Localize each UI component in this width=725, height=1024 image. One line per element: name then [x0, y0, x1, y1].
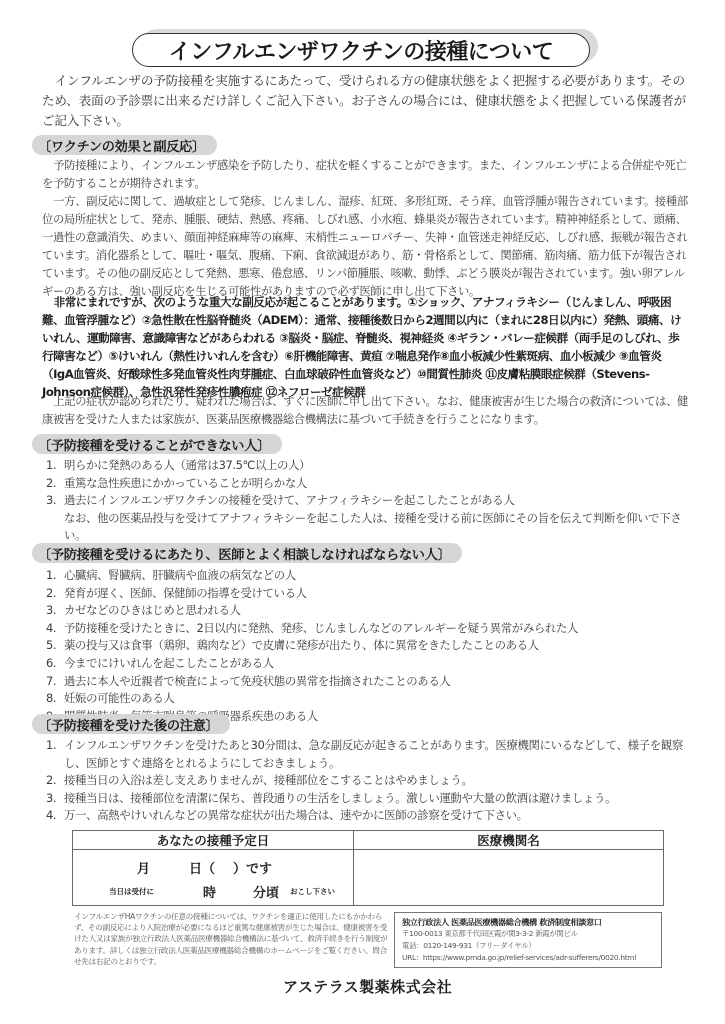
item-text: 予防接種を受けたときに、2日以内に発熱、発疹、じんましんなどのアレルギーを疑う異…: [64, 620, 686, 638]
appointment-date-header: あなたの接種予定日: [73, 831, 354, 850]
item-number: 8.: [46, 690, 64, 708]
contact-address: 〒100-0013 東京都千代田区霞が関3-3-2 新霞が関ビル: [402, 928, 656, 940]
note-text: なお、他の医薬品投与を受けてアナフィラキシーを起こした人は、接種を受ける前に医師…: [64, 510, 686, 545]
appointment-date-field[interactable]: 月 日（ ）です 当日は受付に 時 分頃 おこし下さい: [73, 850, 354, 905]
contact-title: 独立行政法人 医薬品医療機器総合機構 救済制度相談窓口: [402, 916, 656, 928]
list-item: 6.今までにけいれんを起こしたことがある人: [46, 655, 686, 673]
list-item: 2.接種当日の入浴は差し支えありませんが、接種部位をこすることはやめましょう。: [46, 772, 686, 790]
list-item: 5.薬の投与又は食事（鶏卵、鶏肉など）で皮膚に発疹が出たり、体に異常をきたしたこ…: [46, 637, 686, 655]
item-number: 2.: [46, 772, 64, 790]
item-text: 重篤な急性疾患にかかっていることが明らかな人: [64, 475, 686, 493]
list-item: 8.妊娠の可能性のある人: [46, 690, 686, 708]
list-item: 1.心臓病、腎臓病、肝臓病や血液の病気などの人: [46, 567, 686, 585]
contact-url[interactable]: URL：https://www.pmda.go.jp/relief-servic…: [402, 952, 656, 964]
item-text: 接種当日は、接種部位を清潔に保ち、普段通りの生活をしましょう。激しい運動や大量の…: [64, 790, 686, 808]
appointment-table: あなたの接種予定日 医療機関名 月 日（ ）です 当日は受付に 時 分頃 おこし…: [72, 830, 664, 906]
page-title: インフルエンザワクチンの接種について: [169, 35, 554, 66]
item-number: 2.: [46, 475, 64, 493]
title-pill: インフルエンザワクチンの接種について: [132, 33, 590, 67]
title-banner: インフルエンザワクチンの接種について: [132, 33, 594, 69]
list-item: 4.予防接種を受けたときに、2日以内に発熱、発疹、じんましんなどのアレルギーを疑…: [46, 620, 686, 638]
item-text: 今までにけいれんを起こしたことがある人: [64, 655, 686, 673]
list-item: 2.発育が遅く、医師、保健師の指導を受けている人: [46, 585, 686, 603]
item-number: 5.: [46, 637, 64, 655]
month-label: 月: [137, 858, 150, 877]
item-text: 過去に本人や近親者で検査によって免疫状態の異常を指摘されたことのある人: [64, 673, 686, 691]
item-text: 明らかに発熱のある人（通常は37.5℃以上の人）: [64, 457, 686, 475]
list-item: 2.重篤な急性疾患にかかっていることが明らかな人: [46, 475, 686, 493]
minute-label: 分頃: [253, 882, 279, 901]
serious-reactions-text: 非常にまれですが、次のような重大な副反応が起こることがあります。①ショック、アナ…: [42, 293, 688, 401]
section-heading-consult: 〔予防接種を受けるにあたり、医師とよく相談しなければならない人〕: [32, 543, 462, 563]
item-number: 3.: [46, 602, 64, 620]
institution-name-field[interactable]: [354, 850, 663, 905]
item-text: 接種当日の入浴は差し支えありませんが、接種部位をこすることはやめましょう。: [64, 772, 686, 790]
item-text: 万一、高熱やけいれんなどの異常な症状が出た場合は、速やかに医師の診察を受けて下さ…: [64, 807, 686, 825]
section-heading-cannot: 〔予防接種を受けることができない人〕: [32, 434, 282, 454]
day-label: 日（: [189, 858, 215, 877]
reception-suffix: おこし下さい: [290, 886, 335, 897]
item-text: 過去にインフルエンザワクチンの接種を受けて、アナフィラキシーを起こしたことがある…: [64, 492, 686, 510]
list-item: 3.接種当日は、接種部位を清潔に保ち、普段通りの生活をしましょう。激しい運動や大…: [46, 790, 686, 808]
item-text: 心臓病、腎臓病、肝臓病や血液の病気などの人: [64, 567, 686, 585]
contact-box: 独立行政法人 医薬品医療機器総合機構 救済制度相談窓口 〒100-0013 東京…: [394, 912, 662, 968]
list-item: 3.過去にインフルエンザワクチンの接種を受けて、アナフィラキシーを起こしたことが…: [46, 492, 686, 510]
item-text: 妊娠の可能性のある人: [64, 690, 686, 708]
institution-header: 医療機関名: [354, 831, 663, 850]
item-number: 4.: [46, 620, 64, 638]
item-number: 1.: [46, 737, 64, 772]
followup-body: 上記の症状が認められたり、疑われた場合は、すぐに医師に申し出て下さい。なお、健康…: [42, 393, 688, 429]
list-item: 1.インフルエンザワクチンを受けたあと30分間は、急な副反応が起きることがありま…: [46, 737, 686, 772]
item-text: カゼなどのひきはじめと思われる人: [64, 602, 686, 620]
after-list: 1.インフルエンザワクチンを受けたあと30分間は、急な副反応が起きることがありま…: [46, 737, 686, 825]
list-item: 3.カゼなどのひきはじめと思われる人: [46, 602, 686, 620]
item-number: 3.: [46, 790, 64, 808]
list-item: 7.過去に本人や近親者で検査によって免疫状態の異常を指摘されたことのある人: [46, 673, 686, 691]
effects-body: 予防接種により、インフルエンザ感染を予防したり、症状を軽くすることができます。ま…: [42, 157, 688, 301]
consult-list: 1.心臓病、腎臓病、肝臓病や血液の病気などの人 2.発育が遅く、医師、保健師の指…: [46, 567, 686, 725]
hour-label: 時: [203, 882, 216, 901]
serious-reactions: 非常にまれですが、次のような重大な副反応が起こることがあります。①ショック、アナ…: [42, 293, 688, 401]
item-text: 発育が遅く、医師、保健師の指導を受けている人: [64, 585, 686, 603]
vaccination-info-page: インフルエンザワクチンの接種について インフルエンザの予防接種を実施するにあたっ…: [0, 0, 725, 1024]
item-number: 1.: [46, 567, 64, 585]
list-item: 4.万一、高熱やけいれんなどの異常な症状が出た場合は、速やかに医師の診察を受けて…: [46, 807, 686, 825]
followup-text: 上記の症状が認められたり、疑われた場合は、すぐに医師に申し出て下さい。なお、健康…: [42, 393, 688, 429]
reception-prefix: 当日は受付に: [109, 886, 154, 897]
intro-paragraph: インフルエンザの予防接種を実施するにあたって、受けられる方の健康状態をよく把握す…: [42, 71, 692, 131]
effects-paragraph-1: 予防接種により、インフルエンザ感染を予防したり、症状を軽くすることができます。ま…: [42, 157, 688, 193]
item-number: 2.: [46, 585, 64, 603]
item-text: インフルエンザワクチンを受けたあと30分間は、急な副反応が起きることがあります。…: [64, 737, 686, 772]
list-note: なお、他の医薬品投与を受けてアナフィラキシーを起こした人は、接種を受ける前に医師…: [46, 510, 686, 545]
section-heading-effects: 〔ワクチンの効果と副反応〕: [32, 135, 217, 155]
item-number: 1.: [46, 457, 64, 475]
day-close-label: ）です: [233, 858, 272, 877]
company-name: アステラス製薬株式会社: [283, 976, 452, 997]
list-item: 1.明らかに発熱のある人（通常は37.5℃以上の人）: [46, 457, 686, 475]
item-text: 薬の投与又は食事（鶏卵、鶏肉など）で皮膚に発疹が出たり、体に異常をきたしたことの…: [64, 637, 686, 655]
item-number: 7.: [46, 673, 64, 691]
section-heading-after: 〔予防接種を受けた後の注意〕: [32, 714, 230, 734]
relief-disclaimer: インフルエンザHAワクチンの任意の接種については、ワクチンを適正に使用したにもか…: [74, 911, 392, 967]
effects-paragraph-2: 一方、副反応に関して、過敏症として発疹、じんましん、湿疹、紅斑、多形紅斑、そう痒…: [42, 193, 688, 301]
item-number: 6.: [46, 655, 64, 673]
item-number: 3.: [46, 492, 64, 510]
item-number: 4.: [46, 807, 64, 825]
contact-phone: 電話：0120-149-931（フリーダイヤル）: [402, 940, 656, 952]
